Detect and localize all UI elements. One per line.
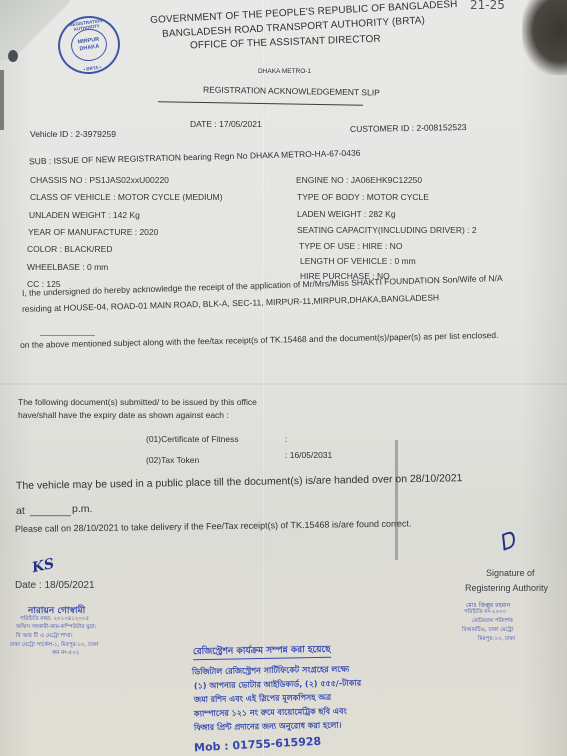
notice-line: জমা রশিদ এবং এই স্লিপের মূলকপিসহ অত্র (194, 692, 331, 707)
officer-office: বিআরটিএ, ঢাকা মেট্রো (462, 627, 513, 635)
field-laden-weight: LADEN WEIGHT : 282 Kg (297, 209, 396, 219)
notice-line: ক্যাম্পাসের ১২১ নং রুমে বায়োমেট্রিক ছবি… (194, 706, 347, 722)
field-chassis-no: CHASSIS NO : PS1JAS02xxU00220 (30, 175, 169, 185)
field-color: COLOR : BLACK/RED (27, 244, 113, 254)
officer-circle: ঢাকা মেট্রো সার্কেল-১, মিরপুর-১০, ঢাকা (10, 642, 98, 650)
footer-date: Date : 18/05/2021 (15, 580, 95, 591)
field-year-of-manufacture: YEAR OF MANUFACTURE : 2020 (28, 227, 158, 237)
blank-line (40, 335, 95, 336)
seal-ring-bottom: • BRTA • (63, 62, 121, 75)
field-seating-capacity: SEATING CAPACITY(INCLUDING DRIVER) : 2 (297, 225, 477, 235)
customer-id: CUSTOMER ID : 2-008152523 (350, 122, 467, 134)
notice-mobile: Mob : 01755-615928 (194, 735, 322, 755)
notice-title: রেজিস্ট্রেশন কার্যক্রম সম্পন্ন করা হয়েছ… (193, 642, 331, 660)
slip-title: REGISTRATION ACKNOWLEDGEMENT SLIP (203, 84, 380, 97)
document-item-expiry: : (285, 434, 287, 444)
slip-date: DATE : 17/05/2021 (190, 119, 262, 129)
officer-branch: বি আর টি এ মেট্রো শাখা। (16, 633, 73, 641)
notice-line: ডিজিটাল রেজিস্ট্রেশন সার্টিফিকেট সংগ্রহে… (192, 664, 350, 680)
documents-intro-2: have/shall have the expiry date as shown… (18, 410, 229, 420)
documents-intro-1: The following document(s) submitted/ to … (18, 397, 257, 407)
ack-line-3: on the above mentioned subject along wit… (20, 330, 499, 350)
handwritten-note: 21-25 (470, 0, 505, 12)
usage-pm: p.m. (72, 503, 92, 515)
officer-id: পরিচিতি নম্বর: ২০১০৪১২০০৫ (20, 616, 89, 624)
paper-mark (8, 50, 18, 62)
background-object (522, 0, 567, 75)
field-length-of-vehicle: LENGTH OF VEHICLE : 0 mm (300, 256, 416, 266)
document-item-expiry: : 16/05/2031 (285, 450, 332, 460)
title-underline (158, 101, 363, 106)
officer-id: পরিচিতি নং-২০০০ (464, 609, 506, 617)
fold-crease-horizontal (0, 383, 567, 385)
field-unladen-weight: UNLADEN WEIGHT : 142 Kg (29, 210, 140, 220)
usage-time-blank: _______ (30, 505, 71, 517)
field-type-of-use: TYPE OF USE : HIRE : NO (299, 241, 402, 251)
paper-edge (0, 70, 4, 130)
field-class-of-vehicle: CLASS OF VEHICLE : MOTOR CYCLE (MEDIUM) (30, 192, 223, 202)
document-item-label: (01)Certificate of Fitness (146, 434, 239, 444)
seal-center: MIRPUR DHAKA (69, 27, 109, 64)
notice-line: (১) আপনার ভোটার আইডিকার্ড, (২) ৫৫৫/-টাকা… (194, 678, 361, 694)
field-type-of-body: TYPE OF BODY : MOTOR CYCLE (297, 192, 429, 202)
field-engine-no: ENGINE NO : JA06EHK9C12250 (296, 175, 422, 185)
usage-at-label: at (16, 505, 25, 517)
officer-room: রুম নং-৫০২ (52, 650, 79, 658)
signature-label-1: Signature of (486, 568, 535, 578)
document-item-label: (02)Tax Token (146, 455, 199, 465)
notice-line: ফিঙ্গার প্রিন্ট প্রদানের জন্য অনুরোধ করা… (194, 720, 342, 736)
officer-address: মিরপুর-১০, ঢাকা (478, 636, 515, 644)
subject-line: SUB : ISSUE OF NEW REGISTRATION bearing … (29, 148, 361, 167)
officer-designation: মোটরযান পরিদর্শক (472, 618, 513, 626)
officer-designation: অফিস সহকারী-কাম-কম্পিউটার মুদ্রা: (16, 624, 96, 632)
fold-crease-dark (395, 440, 398, 560)
document-page: 21-25 REGISTRATION AUTHORITY MIRPUR DHAK… (0, 0, 567, 756)
authority-signature: Ꭰ (496, 528, 519, 557)
field-wheelbase: WHEELBASE : 0 mm (27, 262, 108, 272)
seal-center-line2: DHAKA (79, 44, 100, 54)
delivery-notice: Please call on 28/10/2021 to take delive… (15, 518, 412, 534)
header-circle: DHAKA METRO-1 (258, 68, 311, 75)
signature-label-2: Registering Authority (465, 583, 548, 593)
vehicle-id: Vehicle ID : 2-3979259 (30, 129, 116, 139)
handwritten-initials: KS (31, 556, 56, 576)
